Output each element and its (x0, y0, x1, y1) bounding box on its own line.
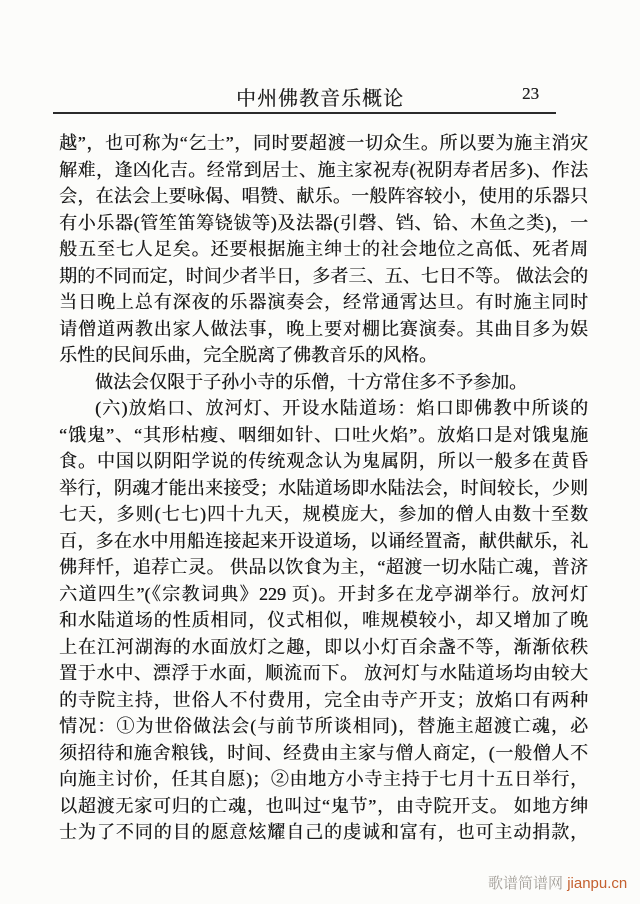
running-head-title: 中州佛教音乐概论 (236, 88, 404, 110)
watermark: 歌谱简谱网 jianpu.cn (488, 872, 627, 893)
text-line: 以超渡无家可归的亡魂，也叫过“鬼节”，由寺院开支。 如地方绅 (59, 793, 588, 820)
watermark-site-name: 歌谱简谱网 (488, 875, 563, 892)
text-line: 般五至七人足矣。还要根据施主绅士的社会地位之高低、死者周 (59, 236, 588, 263)
text-line: “饿鬼”、“其形枯瘦、咽细如针、口吐火焰”。放焰口是对饿鬼施 (59, 422, 588, 449)
text-line: 情况：①为世俗做法会(与前节所谈相同)，替施主超渡亡魂，必 (59, 713, 588, 740)
text-line: 上在江河湖海的水面放灯之趣，即以小灯百余盏不等，渐渐依秩 (59, 634, 588, 661)
text-line: 向施主讨价，任其自愿)；②由地方小寺主持于七月十五日举行， (59, 766, 588, 793)
text-line: (六)放焰口、放河灯、开设水陆道场：焰口即佛教中所谈的 (59, 395, 588, 422)
text-line: 佛拜忏，追荐亡灵。 供品以饮食为主，“超渡一切水陆亡魂，普济 (59, 554, 588, 581)
text-line: 越”，也可称为“乞士”，同时要超渡一切众生。所以要为施主消灾 (59, 130, 588, 157)
text-line: 做法会仅限于子孙小寺的乐僧，十方常住多不予参加。 (59, 369, 588, 396)
text-line: 和水陆道场的性质相同，仪式相似，唯规模较小，却又增加了晚 (59, 607, 588, 634)
text-line: 六道四生”(《宗教词典》229 页)。开封多在龙亭湖举行。放河灯 (59, 581, 588, 608)
text-line: 食。中国以阴阳学说的传统观念认为鬼属阴，所以一般多在黄昏 (59, 448, 588, 475)
text-line: 百，多在水中用船连接起来开设道场，以诵经置斋，献供献乐，礼 (59, 528, 588, 555)
text-line: 置于水中、漂浮于水面，顺流而下。 放河灯与水陆道场均由较大 (59, 660, 588, 687)
page-header: 中州佛教音乐概论 (0, 82, 640, 111)
text-line: 当日晚上总有深夜的乐器演奏会，经常通霄达旦。有时施主同时 (59, 289, 588, 316)
text-line: 举行，阴魂才能出来接受；水陆道场即水陆法会，时间较长，少则 (59, 475, 588, 502)
text-line: 的寺院主持，世俗人不付费用，完全由寺产开支；放焰口有两种 (59, 687, 588, 714)
header-divider-line (53, 112, 556, 114)
watermark-site-url: jianpu.cn (567, 875, 627, 892)
text-line: 会，在法会上要咏偈、唱赞、献乐。一般阵容较小，使用的乐器只 (59, 183, 588, 210)
text-line: 有小乐器(管笙笛筹铙钹等)及法器(引磬、铛、铪、木鱼之类)，一 (59, 210, 588, 237)
text-line: 期的不同而定，时间少者半日，多者三、五、七日不等。 做法会的 (59, 263, 588, 290)
text-line: 请僧道两教出家人做法事，晚上要对棚比赛演奏。其曲目多为娱 (59, 316, 588, 343)
text-line: 乐性的民间乐曲，完全脱离了佛教音乐的风格。 (59, 342, 588, 369)
page-number: 23 (522, 84, 539, 104)
body-text-block: 越”，也可称为“乞士”，同时要超渡一切众生。所以要为施主消灾解难，逢凶化吉。经常… (59, 130, 588, 846)
text-line: 士为了不同的目的愿意炫耀自己的虔诚和富有，也可主动捐款， (59, 819, 588, 846)
text-line: 解难，逢凶化吉。经常到居士、施主家祝寿(祝阴寿者居多)、作法 (59, 157, 588, 184)
text-line: 须招待和施舍粮钱，时间、经费由主家与僧人商定，(一般僧人不 (59, 740, 588, 767)
book-page: 中州佛教音乐概论 23 越”，也可称为“乞士”，同时要超渡一切众生。所以要为施主… (0, 0, 640, 904)
text-line: 七天，多则(七七)四十九天，规模庞大，参加的僧人由数十至数 (59, 501, 588, 528)
